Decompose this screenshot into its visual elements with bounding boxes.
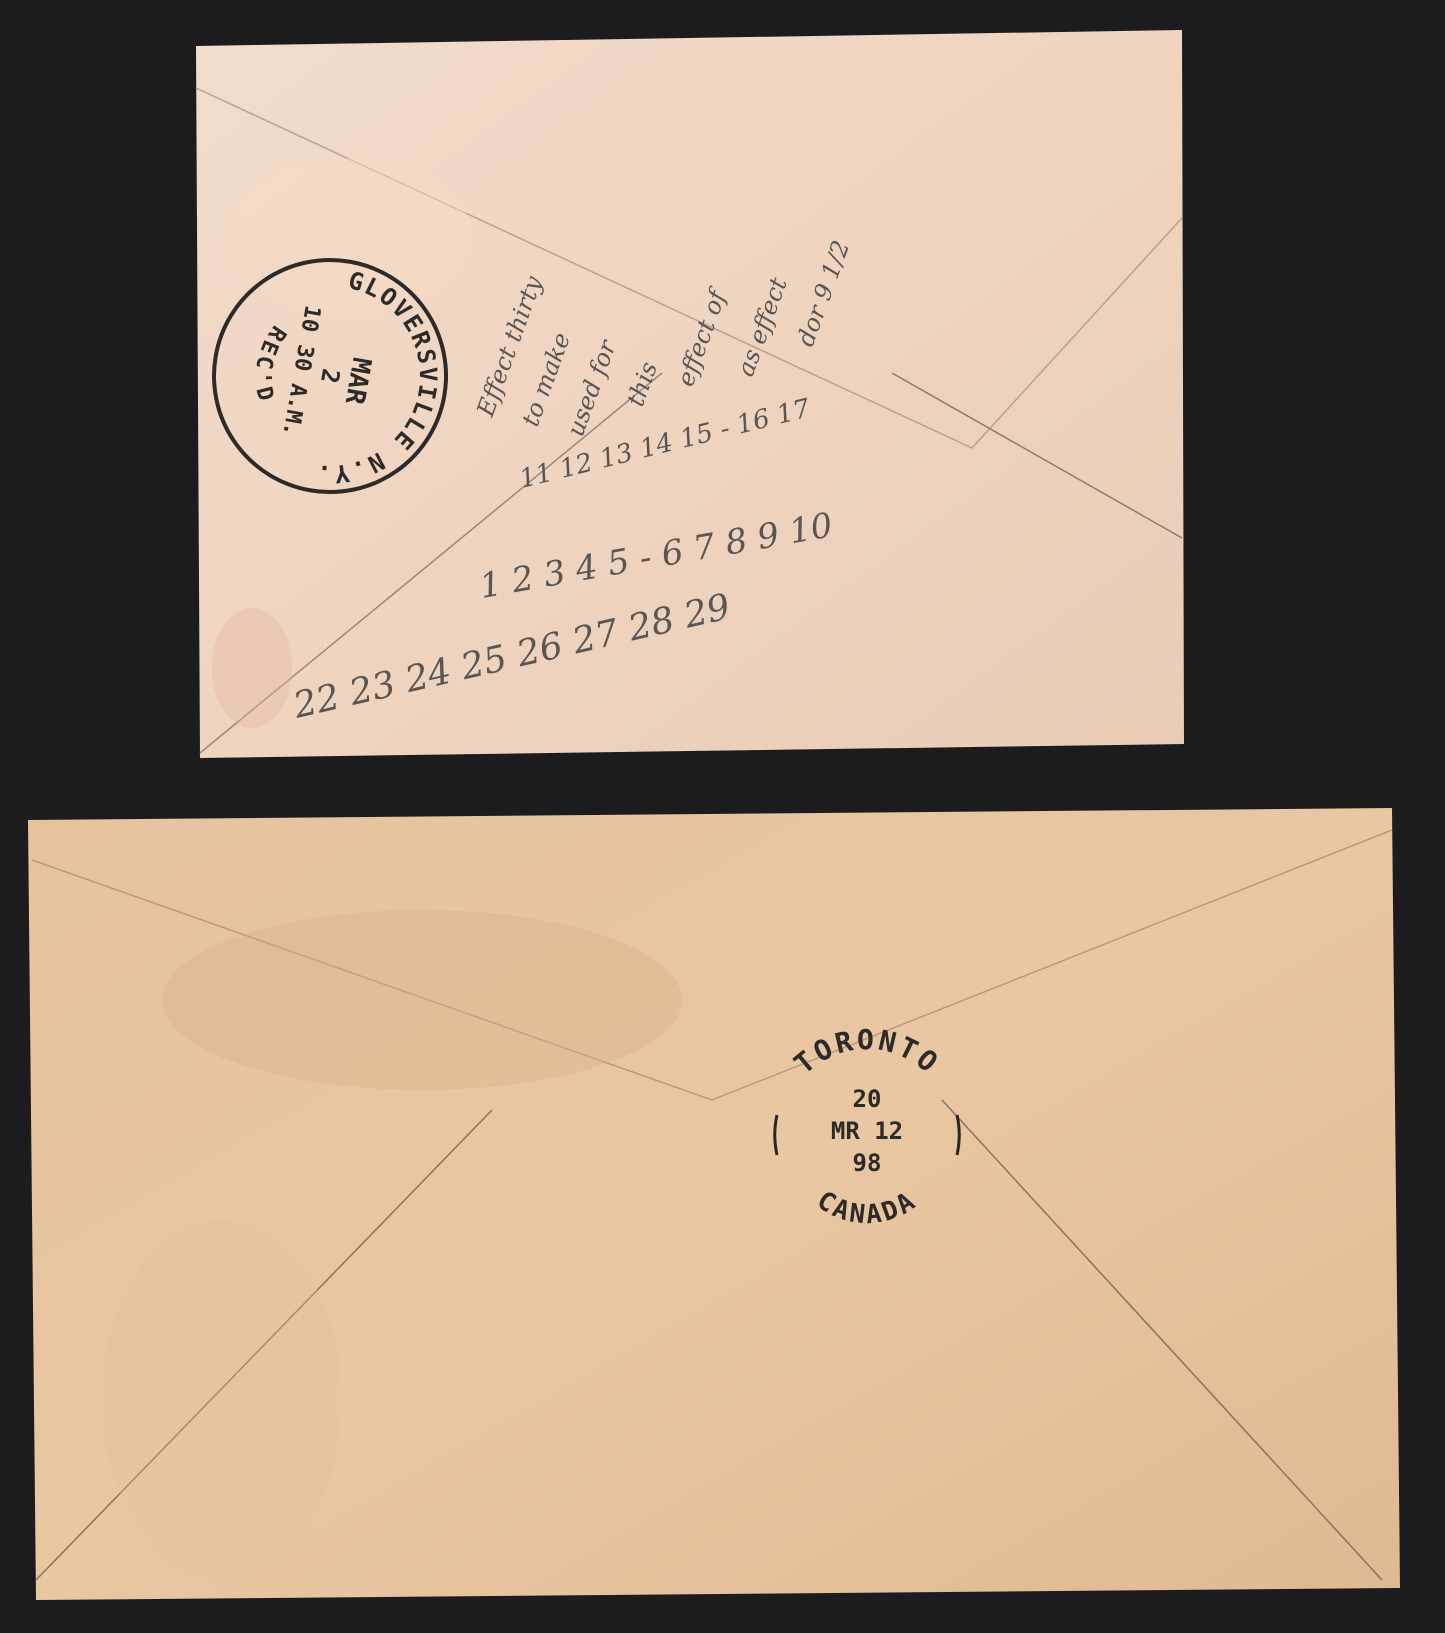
- svg-text:effect of: effect of: [671, 283, 733, 390]
- postmark-toronto: TORONTO CANADA 20 MR 12 98: [757, 1025, 977, 1245]
- svg-text:11 12 13 14 15 - 16 17: 11 12 13 14 15 - 16 17: [516, 393, 813, 494]
- pencil-notes: 1 2 3 4 5 - 6 7 8 9 10 22 23 24 25 26 27…: [192, 28, 1188, 760]
- svg-text:1 2 3 4 5 - 6 7 8 9 10: 1 2 3 4 5 - 6 7 8 9 10: [477, 505, 836, 606]
- svg-text:98: 98: [853, 1149, 882, 1177]
- envelope-top: GLOVERSVILLE N.Y. REC'D MAR 2 10 30 A.M.…: [192, 28, 1188, 760]
- envelope-bottom: TORONTO CANADA 20 MR 12 98: [22, 800, 1414, 1600]
- envelope-bottom-drawing: [22, 800, 1414, 1600]
- svg-text:20: 20: [853, 1085, 882, 1113]
- svg-text:dor 9 1/2: dor 9 1/2: [791, 237, 855, 350]
- svg-text:22 23 24 25 26 27 28 29: 22 23 24 25 26 27 28 29: [289, 586, 734, 727]
- svg-text:as effect: as effect: [731, 274, 793, 380]
- svg-text:TORONTO: TORONTO: [788, 1025, 946, 1081]
- svg-text:MR 12: MR 12: [831, 1117, 903, 1145]
- svg-text:CANADA: CANADA: [811, 1185, 922, 1230]
- svg-text:this: this: [621, 358, 663, 410]
